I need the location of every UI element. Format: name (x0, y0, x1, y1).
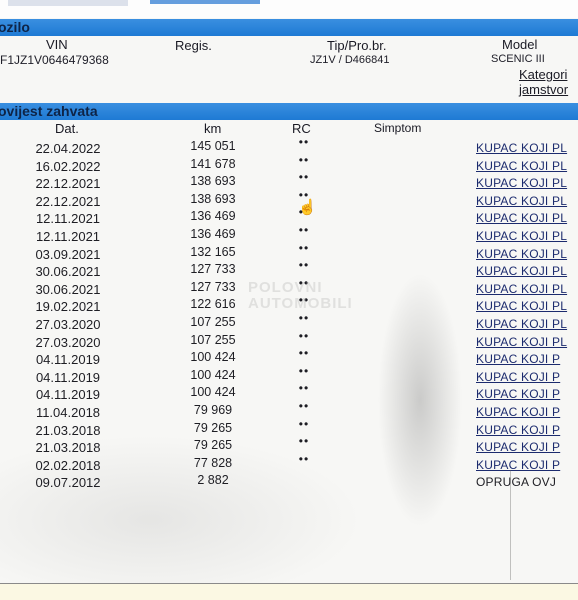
history-table: 22.04.2022145 051••KUPAC KOJI PL16.02.20… (0, 141, 578, 493)
row-symptom-link[interactable]: KUPAC KOJI PL (476, 194, 567, 208)
table-row: 04.11.2019100 424••KUPAC KOJI P (0, 387, 578, 405)
regis-label: Regis. (175, 38, 212, 53)
row-km: 79 265 (176, 438, 250, 452)
row-date: 21.03.2018 (30, 440, 106, 455)
column-header-rc: RC (292, 121, 311, 136)
row-km: 107 255 (176, 333, 250, 347)
row-symptom-link[interactable]: KUPAC KOJI PL (476, 247, 567, 261)
row-km: 79 969 (176, 403, 250, 417)
row-rc: •• (294, 311, 314, 325)
row-km: 136 469 (176, 227, 250, 241)
row-date: 16.02.2022 (30, 159, 106, 174)
table-row: 21.03.201879 265••KUPAC KOJI P (0, 423, 578, 441)
row-rc: •• (294, 381, 314, 395)
paper-crease (510, 470, 511, 580)
row-km: 77 828 (176, 456, 250, 470)
row-symptom-link[interactable]: KUPAC KOJI PL (476, 159, 567, 173)
table-row: 12.11.2021136 469••KUPAC KOJI PL (0, 211, 578, 229)
row-symptom-link[interactable]: KUPAC KOJI PL (476, 264, 567, 278)
kategori-label: Kategori (519, 67, 567, 82)
row-date: 19.02.2021 (30, 299, 106, 314)
row-symptom-link[interactable]: KUPAC KOJI P (476, 423, 560, 437)
row-km: 145 051 (176, 139, 250, 153)
column-header-date: Dat. (55, 121, 79, 136)
row-date: 04.11.2019 (30, 370, 106, 385)
vin-label: VIN (46, 37, 68, 52)
watermark: POLOVNI AUTOMOBILI (248, 280, 353, 312)
row-rc: •• (294, 417, 314, 431)
row-rc: •• (294, 399, 314, 413)
row-symptom-link[interactable]: KUPAC KOJI PL (476, 317, 567, 331)
column-header-km: km (204, 121, 221, 136)
vehicle-section-title: ozilo (0, 19, 30, 35)
table-row: 22.12.2021138 693••KUPAC KOJI PL (0, 176, 578, 194)
row-km: 107 255 (176, 315, 250, 329)
history-section-title: ovijest zahvata (0, 103, 98, 119)
table-row: 27.03.2020107 255••KUPAC KOJI PL (0, 335, 578, 353)
row-km: 100 424 (176, 368, 250, 382)
row-symptom-link[interactable]: KUPAC KOJI P (476, 458, 560, 472)
row-rc: •• (294, 170, 314, 184)
row-symptom-link[interactable]: KUPAC KOJI P (476, 352, 560, 366)
row-date: 30.06.2021 (30, 282, 106, 297)
row-rc: •• (294, 258, 314, 272)
watermark-line-2: AUTOMOBILI (248, 296, 353, 312)
row-symptom-link[interactable]: KUPAC KOJI PL (476, 299, 567, 313)
row-date: 21.03.2018 (30, 423, 106, 438)
row-km: 138 693 (176, 174, 250, 188)
blurred-header-text (8, 0, 128, 6)
row-date: 12.11.2021 (30, 211, 106, 226)
row-km: 127 733 (176, 280, 250, 294)
row-km: 2 882 (176, 473, 250, 487)
row-symptom-link[interactable]: KUPAC KOJI P (476, 405, 560, 419)
row-date: 04.11.2019 (30, 352, 106, 367)
row-symptom-link[interactable]: KUPAC KOJI P (476, 370, 560, 384)
row-km: 138 693 (176, 192, 250, 206)
table-row: 09.07.20122 882OPRUGA OVJ (0, 475, 578, 493)
row-symptom-link[interactable]: KUPAC KOJI PL (476, 141, 567, 155)
row-symptom-link[interactable]: KUPAC KOJI PL (476, 282, 567, 296)
row-date: 02.02.2018 (30, 458, 106, 473)
row-km: 79 265 (176, 421, 250, 435)
model-label: Model (502, 37, 537, 52)
row-rc: •• (294, 452, 314, 466)
blurred-header-link (150, 0, 260, 4)
column-header-symptom: Simptom (374, 121, 421, 135)
row-rc: •• (294, 329, 314, 343)
row-km: 141 678 (176, 157, 250, 171)
row-symptom-link[interactable]: KUPAC KOJI P (476, 440, 560, 454)
vehicle-section-header: ozilo (0, 19, 578, 36)
row-date: 22.12.2021 (30, 176, 106, 191)
row-rc: •• (294, 434, 314, 448)
row-date: 09.07.2012 (30, 475, 106, 490)
row-date: 27.03.2020 (30, 317, 106, 332)
table-row: 21.03.201879 265••KUPAC KOJI P (0, 440, 578, 458)
table-row: 03.09.2021132 165••KUPAC KOJI PL (0, 247, 578, 265)
table-row: 04.11.2019100 424••KUPAC KOJI P (0, 370, 578, 388)
top-strip (0, 0, 578, 18)
row-rc: •• (294, 241, 314, 255)
row-date: 04.11.2019 (30, 387, 106, 402)
row-km: 136 469 (176, 209, 250, 223)
row-symptom-link[interactable]: KUPAC KOJI PL (476, 335, 567, 349)
row-km: 132 165 (176, 245, 250, 259)
table-row: 04.11.2019100 424••KUPAC KOJI P (0, 352, 578, 370)
row-date: 12.11.2021 (30, 229, 106, 244)
row-symptom-link[interactable]: KUPAC KOJI P (476, 387, 560, 401)
table-row: 02.02.201877 828••KUPAC KOJI P (0, 458, 578, 476)
row-date: 03.09.2021 (30, 247, 106, 262)
table-row: 22.04.2022145 051••KUPAC KOJI PL (0, 141, 578, 159)
table-row: 22.12.2021138 693••KUPAC KOJI PL (0, 194, 578, 212)
row-km: 100 424 (176, 385, 250, 399)
row-date: 22.12.2021 (30, 194, 106, 209)
row-symptom-link[interactable]: KUPAC KOJI PL (476, 229, 567, 243)
tip-label: Tip/Pro.br. (327, 38, 386, 53)
row-rc: •• (294, 346, 314, 360)
row-symptom-link[interactable]: KUPAC KOJI PL (476, 211, 567, 225)
background-surface (0, 583, 578, 600)
row-date: 11.04.2018 (30, 405, 106, 420)
tip-value: JZ1V / D466841 (310, 54, 390, 66)
row-rc: •• (294, 223, 314, 237)
watermark-line-1: POLOVNI (248, 280, 353, 296)
history-section-header: ovijest zahvata (0, 103, 578, 120)
row-date: 27.03.2020 (30, 335, 106, 350)
row-symptom-link[interactable]: KUPAC KOJI PL (476, 176, 567, 190)
table-row: 16.02.2022141 678••KUPAC KOJI PL (0, 159, 578, 177)
row-symptom: OPRUGA OVJ (476, 475, 556, 489)
row-rc: •• (294, 135, 314, 149)
row-km: 122 616 (176, 297, 250, 311)
model-value: SCENIC III (491, 53, 545, 65)
hand-cursor-icon: ☝ (298, 198, 317, 216)
table-row: 27.03.2020107 255••KUPAC KOJI PL (0, 317, 578, 335)
row-km: 127 733 (176, 262, 250, 276)
row-rc: •• (294, 153, 314, 167)
vin-value: F1JZ1V0646479368 (0, 53, 109, 67)
jamstvo-label: jamstvor (519, 82, 568, 97)
table-row: 12.11.2021136 469••KUPAC KOJI PL (0, 229, 578, 247)
document-photo: ozilo VIN F1JZ1V0646479368 Regis. Tip/Pr… (0, 0, 578, 588)
row-date: 30.06.2021 (30, 264, 106, 279)
row-date: 22.04.2022 (30, 141, 106, 156)
row-km: 100 424 (176, 350, 250, 364)
table-row: 11.04.201879 969••KUPAC KOJI P (0, 405, 578, 423)
row-rc: •• (294, 364, 314, 378)
